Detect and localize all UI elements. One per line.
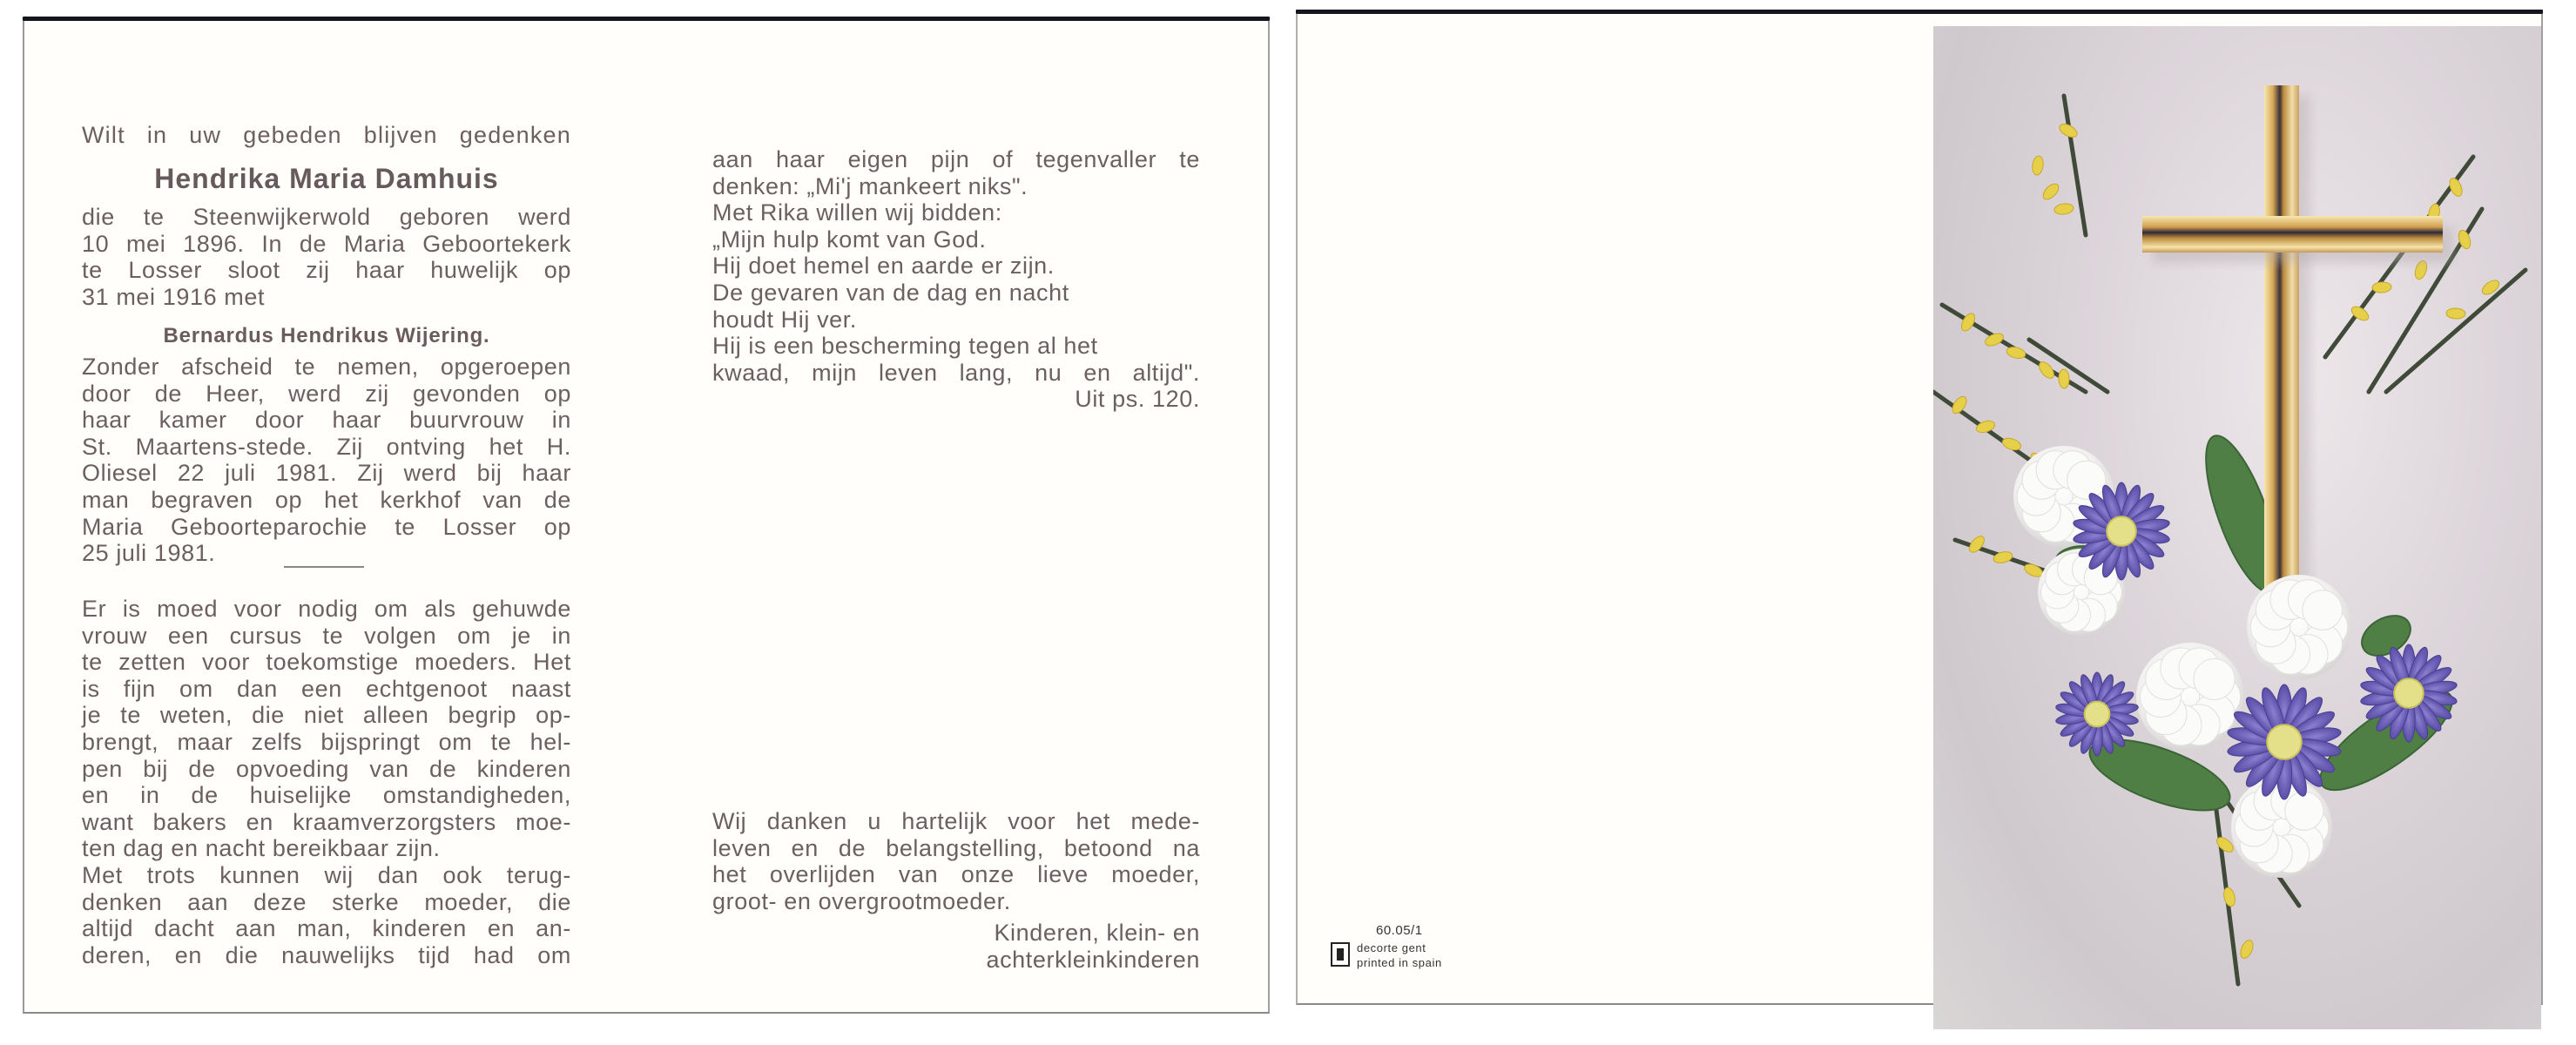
text-line: Zonder afscheid te nemen, opgeroepen: [82, 354, 571, 381]
text-line: De gevaren van de dag en nacht: [712, 280, 1200, 307]
printer-name: decorte gent: [1357, 940, 1442, 955]
printer-logo-icon: [1331, 942, 1350, 967]
text-line: 25 juli 1981.: [82, 540, 571, 567]
text-line: Met Rika willen wij bidden:: [712, 199, 1200, 226]
text-line: Hij is een bescherming tegen al het: [712, 333, 1200, 360]
text-line: vrouw een cursus te volgen om je in: [82, 623, 571, 650]
text-line: man begraven op het kerkhof van de: [82, 487, 571, 514]
deceased-name: Hendrika Maria Damhuis: [82, 163, 571, 195]
psalm-reference: Uit ps. 120.: [712, 386, 1200, 413]
text-line: „Mijn hulp komt van God.: [712, 226, 1200, 253]
text-line: ten dag en nacht bereikbaar zijn.: [82, 835, 571, 862]
tribute-text: Er is moed voor nodig om als gehuwdevrou…: [82, 596, 571, 968]
text-line: deren, en die nauwelijks tijd had om: [82, 942, 571, 969]
printer-code: 60.05/1: [1376, 923, 1423, 938]
cross-flowers-illustration: [1933, 26, 2541, 1029]
text-line: denken aan deze sterke moeder, die: [82, 889, 571, 916]
text-line: Kinderen, klein- en: [712, 920, 1200, 947]
text-line: 10 mei 1896. In de Maria Geboortekerk: [82, 231, 571, 258]
text-line: Wij danken u hartelijk voor het mede-: [712, 808, 1200, 835]
text-line: Met trots kunnen wij dan ook terug-: [82, 862, 571, 889]
text-line: is fijn om dan een echtgenoot naast: [82, 676, 571, 703]
text-line: je te weten, die niet alleen begrip op-: [82, 702, 571, 729]
psalm-prayer: aan haar eigen pijn of tegenvaller teden…: [712, 146, 1200, 386]
text-line: kwaad, mijn leven lang, nu en altijd".: [712, 360, 1200, 387]
family-signature: Kinderen, klein- enachterkleinkinderen: [712, 920, 1200, 973]
text-line: het overlijden van onze lieve moeder,: [712, 861, 1200, 888]
text-line: brengt, maar zelfs bijspringt om te hel-: [82, 729, 571, 756]
printer-origin: printed in spain: [1357, 955, 1442, 970]
cross-flowers-photo: [1933, 26, 2541, 1029]
invocation-text: Wilt in uw gebeden blijven gedenken: [82, 122, 571, 149]
text-line: Maria Geboorteparochie te Losser op: [82, 514, 571, 541]
separator-rule: [284, 566, 364, 568]
cross-icon: [2142, 85, 2453, 610]
biography-birth-marriage: die te Steenwijkerwold geboren werd10 me…: [82, 204, 571, 310]
text-line: haar kamer door haar buurvrouw in: [82, 407, 571, 434]
text-line: te zetten voor toekomstige moeders. Het: [82, 649, 571, 676]
text-line: St. Maartens-stede. Zij ontving het H.: [82, 434, 571, 461]
biography-death-burial: Zonder afscheid te nemen, opgeroependoor…: [82, 354, 571, 567]
text-line: en in de huiselijke omstandigheden,: [82, 782, 571, 809]
spouse-name: Bernardus Hendrikus Wijering.: [82, 324, 571, 348]
memorial-card-inside: Wilt in uw gebeden blijven gedenken Hend…: [23, 21, 1270, 1014]
memorial-card-cover: 60.05/1 decorte gent printed in spain: [1296, 14, 2543, 1005]
text-line: aan haar eigen pijn of tegenvaller te: [712, 146, 1200, 173]
text-line: 31 mei 1916 met: [82, 284, 571, 311]
text-line: te Losser sloot zij haar huwelijk op: [82, 257, 571, 284]
text-line: die te Steenwijkerwold geboren werd: [82, 204, 571, 231]
text-line: want bakers en kraamverzorgsters moe-: [82, 809, 571, 836]
text-line: groot- en overgrootmoeder.: [712, 888, 1200, 915]
text-line: door de Heer, werd zij gevonden op: [82, 381, 571, 408]
text-line: Hij doet hemel en aarde er zijn.: [712, 253, 1200, 280]
text-line: houdt Hij ver.: [712, 307, 1200, 334]
text-line: denken: „Mi'j mankeert niks".: [712, 173, 1200, 200]
text-line: Er is moed voor nodig om als gehuwde: [82, 596, 571, 623]
text-line: achterkleinkinderen: [712, 947, 1200, 974]
text-line: Oliesel 22 juli 1981. Zij werd bij haar: [82, 460, 571, 487]
thanks-text: Wij danken u hartelijk voor het mede-lev…: [712, 808, 1200, 914]
text-line: leven en de belangstelling, betoond na: [712, 835, 1200, 862]
text-line: altijd dacht aan man, kinderen en an-: [82, 915, 571, 942]
text-line: pen bij de opvoeding van de kinderen: [82, 756, 571, 783]
